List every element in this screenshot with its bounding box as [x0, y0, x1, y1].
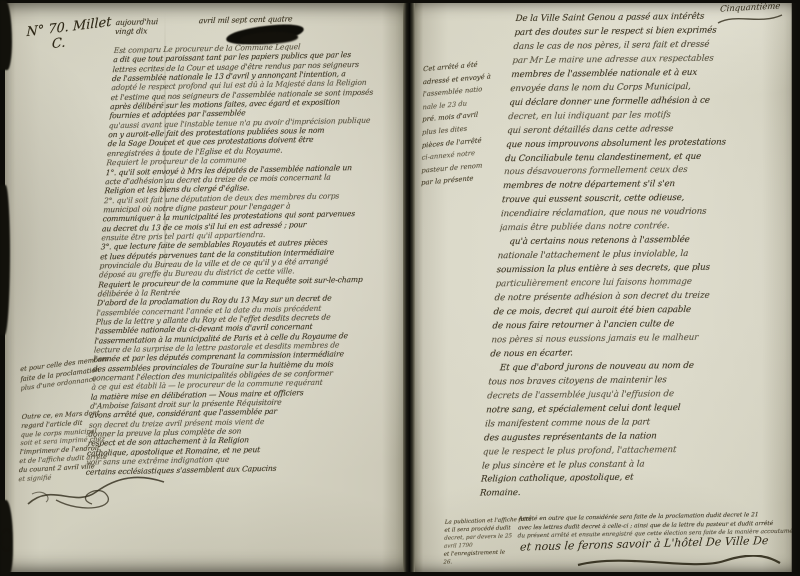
right-page: Cinquantième Cet arrêté a étéadressé et …	[414, 1, 792, 573]
photo-edge	[0, 0, 800, 3]
left-page: N° 70. MilletC. aujourd'hui avril mil se…	[4, 2, 406, 573]
handwriting-line: Romaine.	[479, 484, 760, 501]
photo-edge	[0, 572, 800, 576]
binding-dark-blob	[2, 530, 11, 550]
closing-flourish	[574, 555, 784, 571]
doc-number: N° 70. MilletC.	[26, 15, 111, 56]
manuscript-scan: N° 70. MilletC. aujourd'hui avril mil se…	[0, 0, 800, 576]
book-gutter	[403, 0, 415, 576]
signature-flourish	[22, 464, 172, 516]
photo-edge	[791, 0, 800, 576]
right-page-body-text: De la Ville Saint Genou a passé aux inté…	[479, 10, 792, 506]
